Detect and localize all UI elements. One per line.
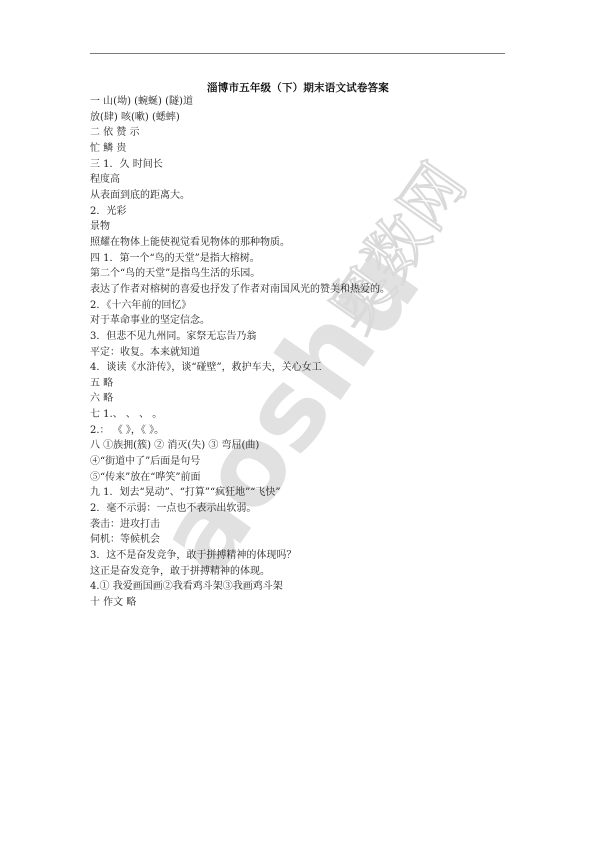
answer-line: ⑤“传来”放在“哗笑”前面	[90, 470, 510, 486]
answer-line: 六 略	[90, 391, 510, 407]
header-rule	[90, 53, 505, 54]
answer-line: 3．但悲不见九州同。家祭无忘告乃翁	[90, 329, 510, 345]
answer-line: 四 1．第一个“鸟的天堂”是指大榕树。	[90, 251, 510, 267]
answer-line: 第二个“鸟的天堂”是指鸟生活的乐园。	[90, 266, 510, 282]
answer-line: 2．毫不示弱：一点也不表示出软弱。	[90, 501, 510, 517]
answer-line: 这正是奋发竞争，敢于拼搏精神的体现。	[90, 564, 510, 580]
answer-line: ④“街道中了”后面是句号	[90, 454, 510, 470]
answer-line: 忙 鳞 贵	[90, 141, 510, 157]
answer-line: 伺机：等候机会	[90, 532, 510, 548]
answer-line: 4．谈读《水浒传》，谈“碰壁”，救护车夫，关心女工	[90, 360, 510, 376]
answer-line: 对于革命事业的坚定信念。	[90, 313, 510, 329]
answer-line: 2．《十六年前的回忆》	[90, 298, 510, 314]
document-title: 淄博市五年级（下）期末语文试卷答案	[0, 80, 596, 95]
answer-line: 一 山(坳) (蜿蜒) (隧)道	[90, 94, 510, 110]
answer-line: 八 ①族拥(簇) ② 消灭(失) ③ 弯屈(曲)	[90, 438, 510, 454]
answer-line: 照耀在物体上能使视觉看见物体的那种物质。	[90, 235, 510, 251]
answer-line: 三 1．久 时间长	[90, 157, 510, 173]
answer-line: 平定：收复。本来就知道	[90, 345, 510, 361]
answer-line: 袭击：进攻打击	[90, 517, 510, 533]
answer-line: 九 1．划去“晃动”、“打算”“疯狂地”“飞快”	[90, 485, 510, 501]
answer-line: 4.① 我爱画国画②我看鸡斗架③我画鸡斗架	[90, 579, 510, 595]
answer-line: 2．光彩	[90, 204, 510, 220]
answer-line: 从表面到底的距离大。	[90, 188, 510, 204]
answer-line: 十 作文 略	[90, 595, 510, 611]
answer-line: 2.： 《 》，《 》。	[90, 423, 510, 439]
answer-body: 一 山(坳) (蜿蜒) (隧)道 放(肆) 咳(嗽) (蟋蟀) 二 依 赞 示 …	[90, 94, 510, 611]
answer-line: 3．这不是奋发竞争，敢于拼搏精神的体现吗？	[90, 548, 510, 564]
answer-line: 放(肆) 咳(嗽) (蟋蟀)	[90, 110, 510, 126]
answer-line: 表达了作者对榕树的喜爱也抒发了作者对南国风光的赞美和热爱的。	[90, 282, 510, 298]
answer-line: 景物	[90, 219, 510, 235]
answer-line: 程度高	[90, 172, 510, 188]
answer-line: 五 略	[90, 376, 510, 392]
answer-line: 二 依 赞 示	[90, 125, 510, 141]
answer-line: 七 1.、 、 、 。	[90, 407, 510, 423]
